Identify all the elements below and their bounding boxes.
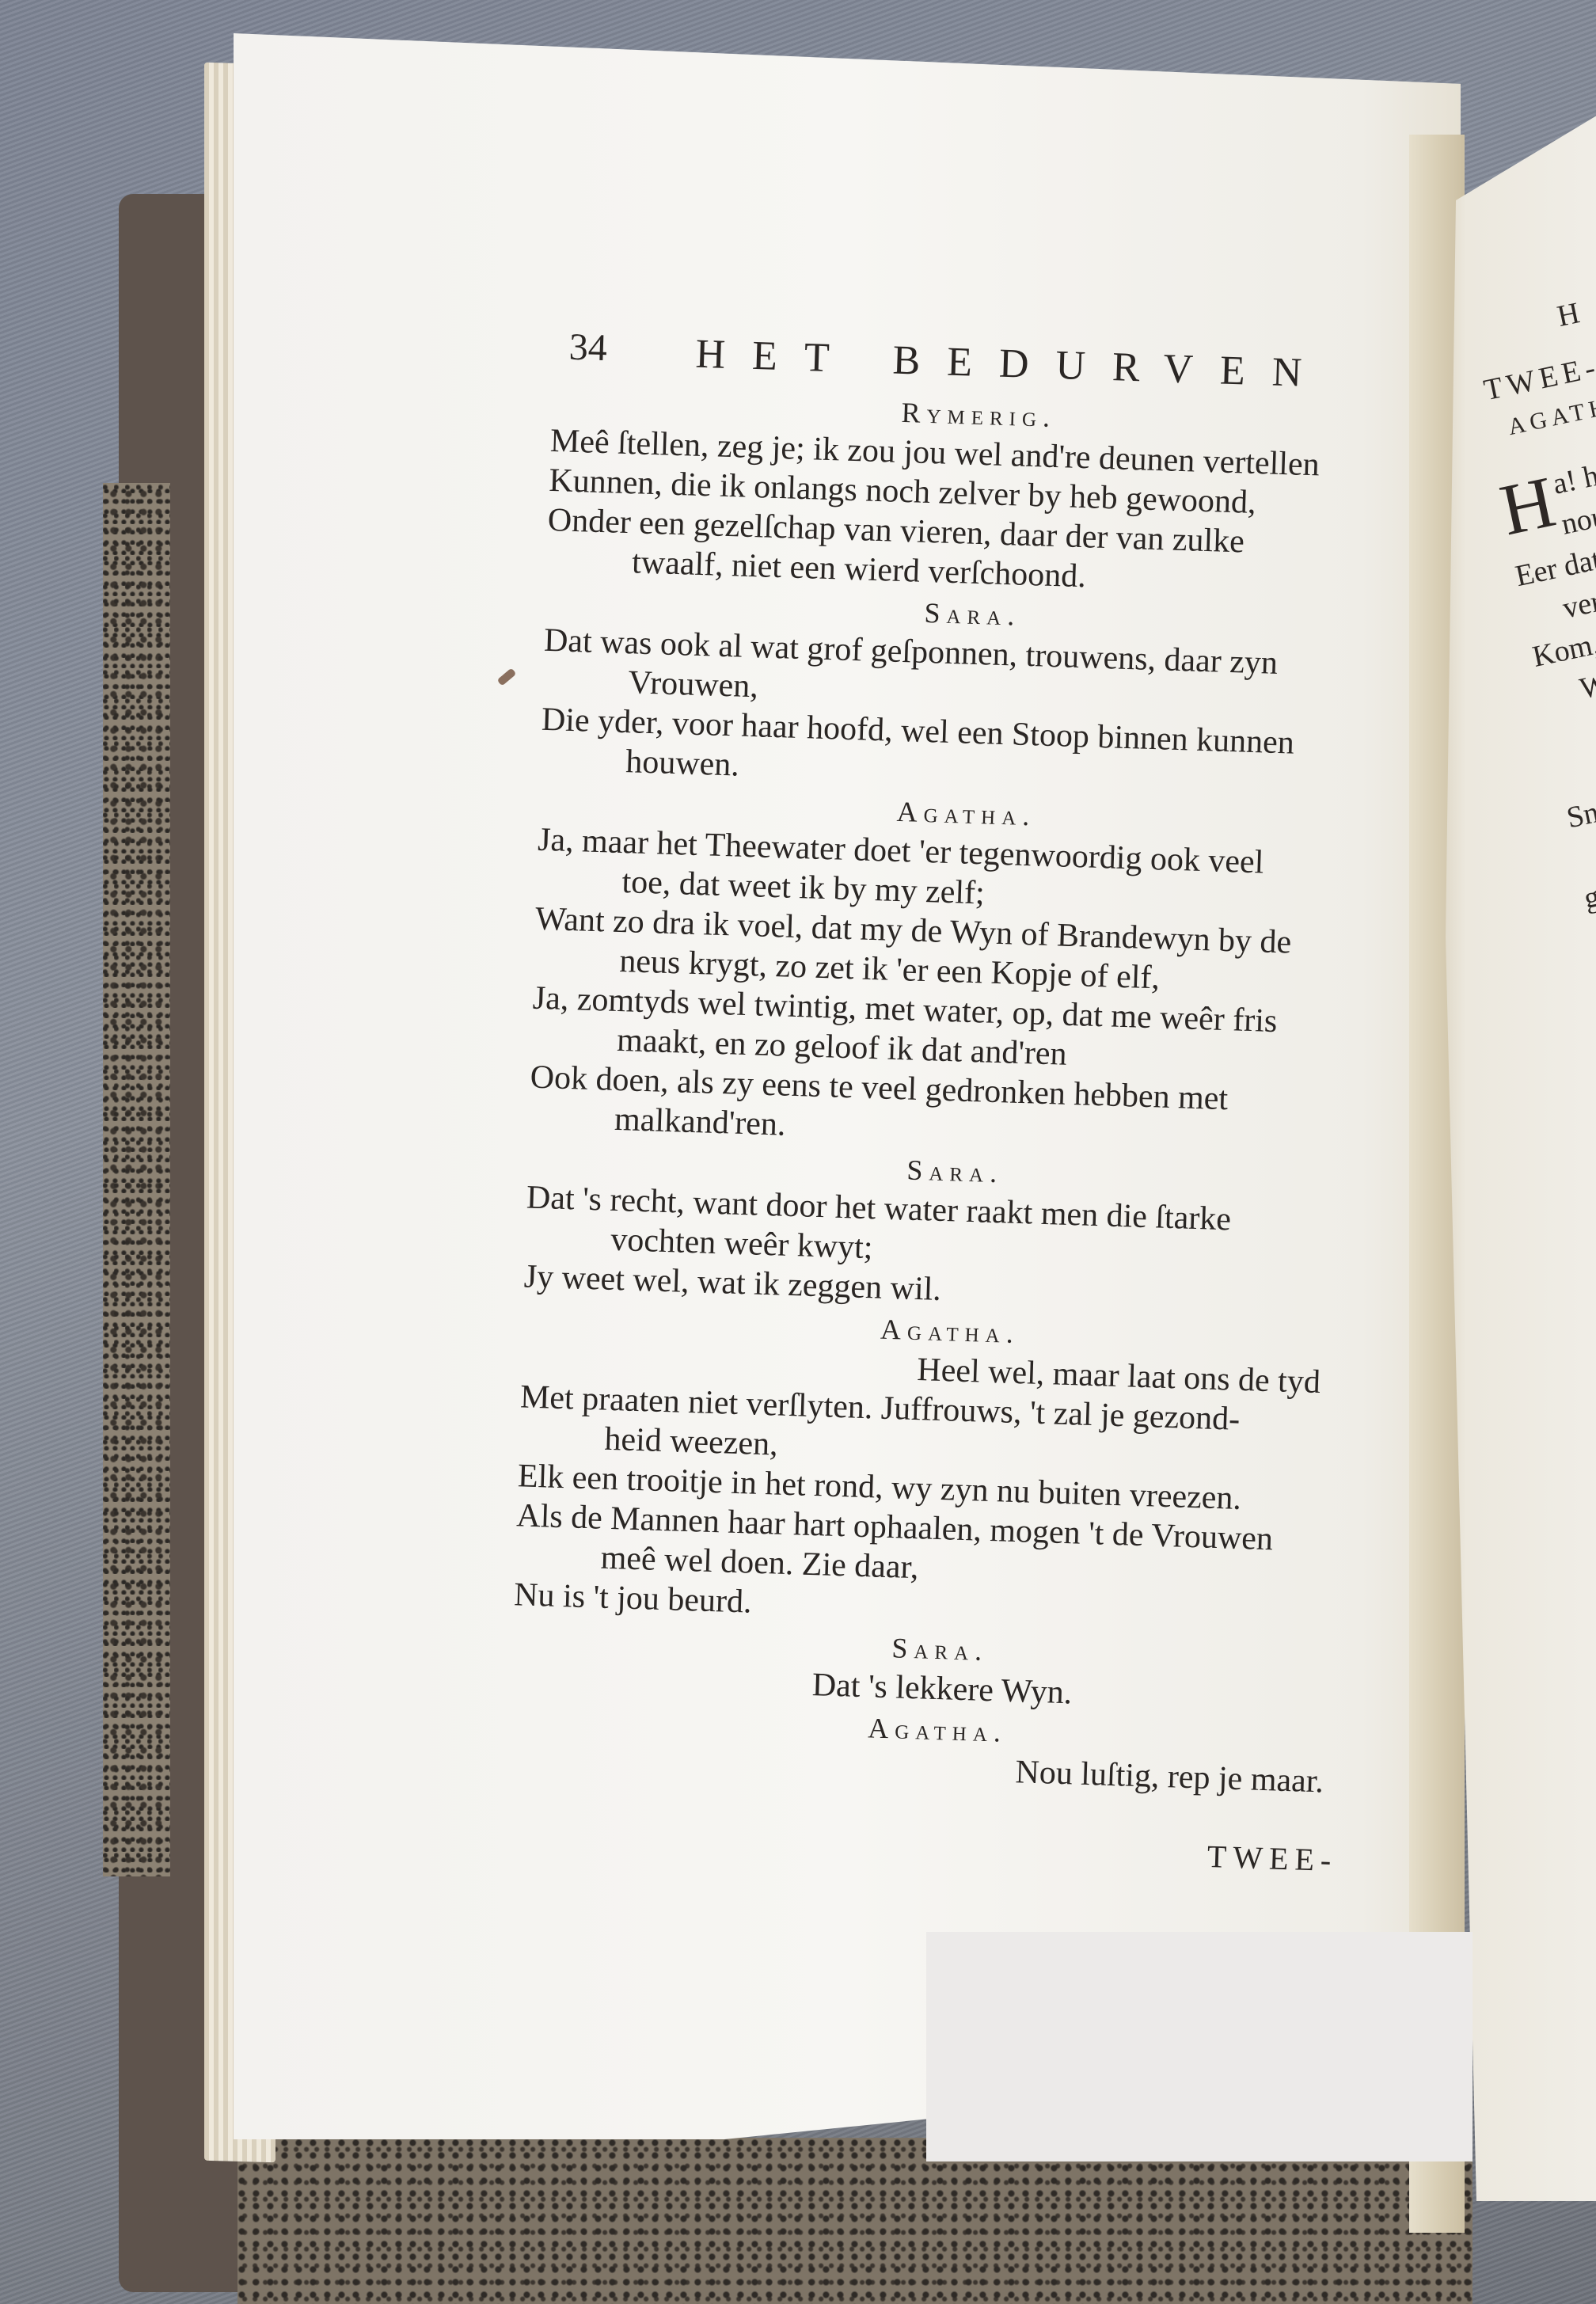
marbled-endpaper-bottom [237,2138,1472,2304]
running-title: HET BEDURVEN [695,331,1330,397]
marbled-endpaper [103,483,170,1876]
dialogue: Rymerig.Meê ſtellen, zeg je; ik zou jou … [508,383,1407,1803]
redacted-region [926,1932,1472,2161]
page-number: 34 [568,325,608,370]
left-page-text: 34 HET BEDURVEN Rymerig.Meê ſtellen, zeg… [506,317,1408,1880]
